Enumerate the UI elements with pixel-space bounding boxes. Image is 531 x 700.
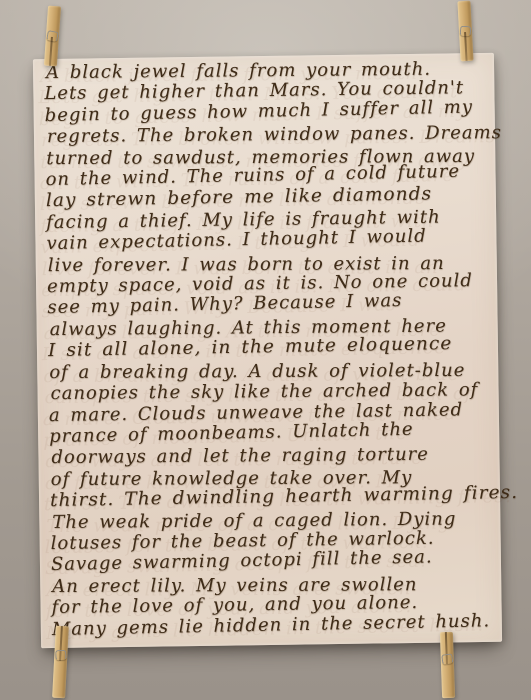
wall-background: A black jewel falls from your mouth.Lets… [0, 0, 531, 700]
handwritten-letter-paper: A black jewel falls from your mouth.Lets… [33, 53, 502, 648]
handwriting-line: A black jewel falls from your mouth. [46, 58, 490, 83]
handwriting-line: regrets. The broken window panes. Dreams [47, 122, 491, 147]
handwriting-line: doorways and let the raging torture [51, 443, 495, 468]
handwriting-line: An erect lily. My veins are swollen [52, 573, 496, 597]
clothespin-bottom-right-icon [440, 632, 455, 698]
handwriting-line: live forever. I was born to exist in an [48, 252, 492, 276]
clothespin-top-right-icon [457, 1, 473, 62]
handwriting-line: The weak pride of a caged lion. Dying [52, 508, 496, 533]
handwriting-line: canopies the sky like the arched back of [50, 379, 494, 404]
clothespin-top-left-icon [44, 6, 61, 67]
clothespin-bottom-left-icon [52, 626, 69, 699]
letter-text: A black jewel falls from your mouth.Lets… [44, 56, 496, 642]
